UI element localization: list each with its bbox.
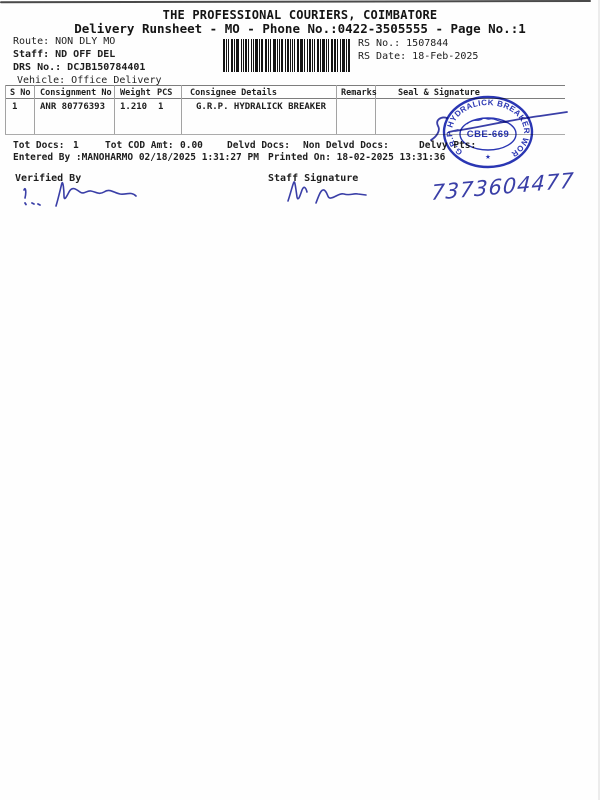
- handwritten-phone-number: 7373604477: [431, 167, 575, 205]
- delivery-runsheet-document: THE PROFESSIONAL COURIERS, COIMBATORE De…: [0, 0, 600, 800]
- staff-signature-handwriting: [288, 182, 366, 203]
- verified-by-signature: [24, 183, 136, 206]
- handwriting-overlay: 7373604477: [0, 0, 600, 800]
- seal-signature-stroke: [431, 112, 567, 140]
